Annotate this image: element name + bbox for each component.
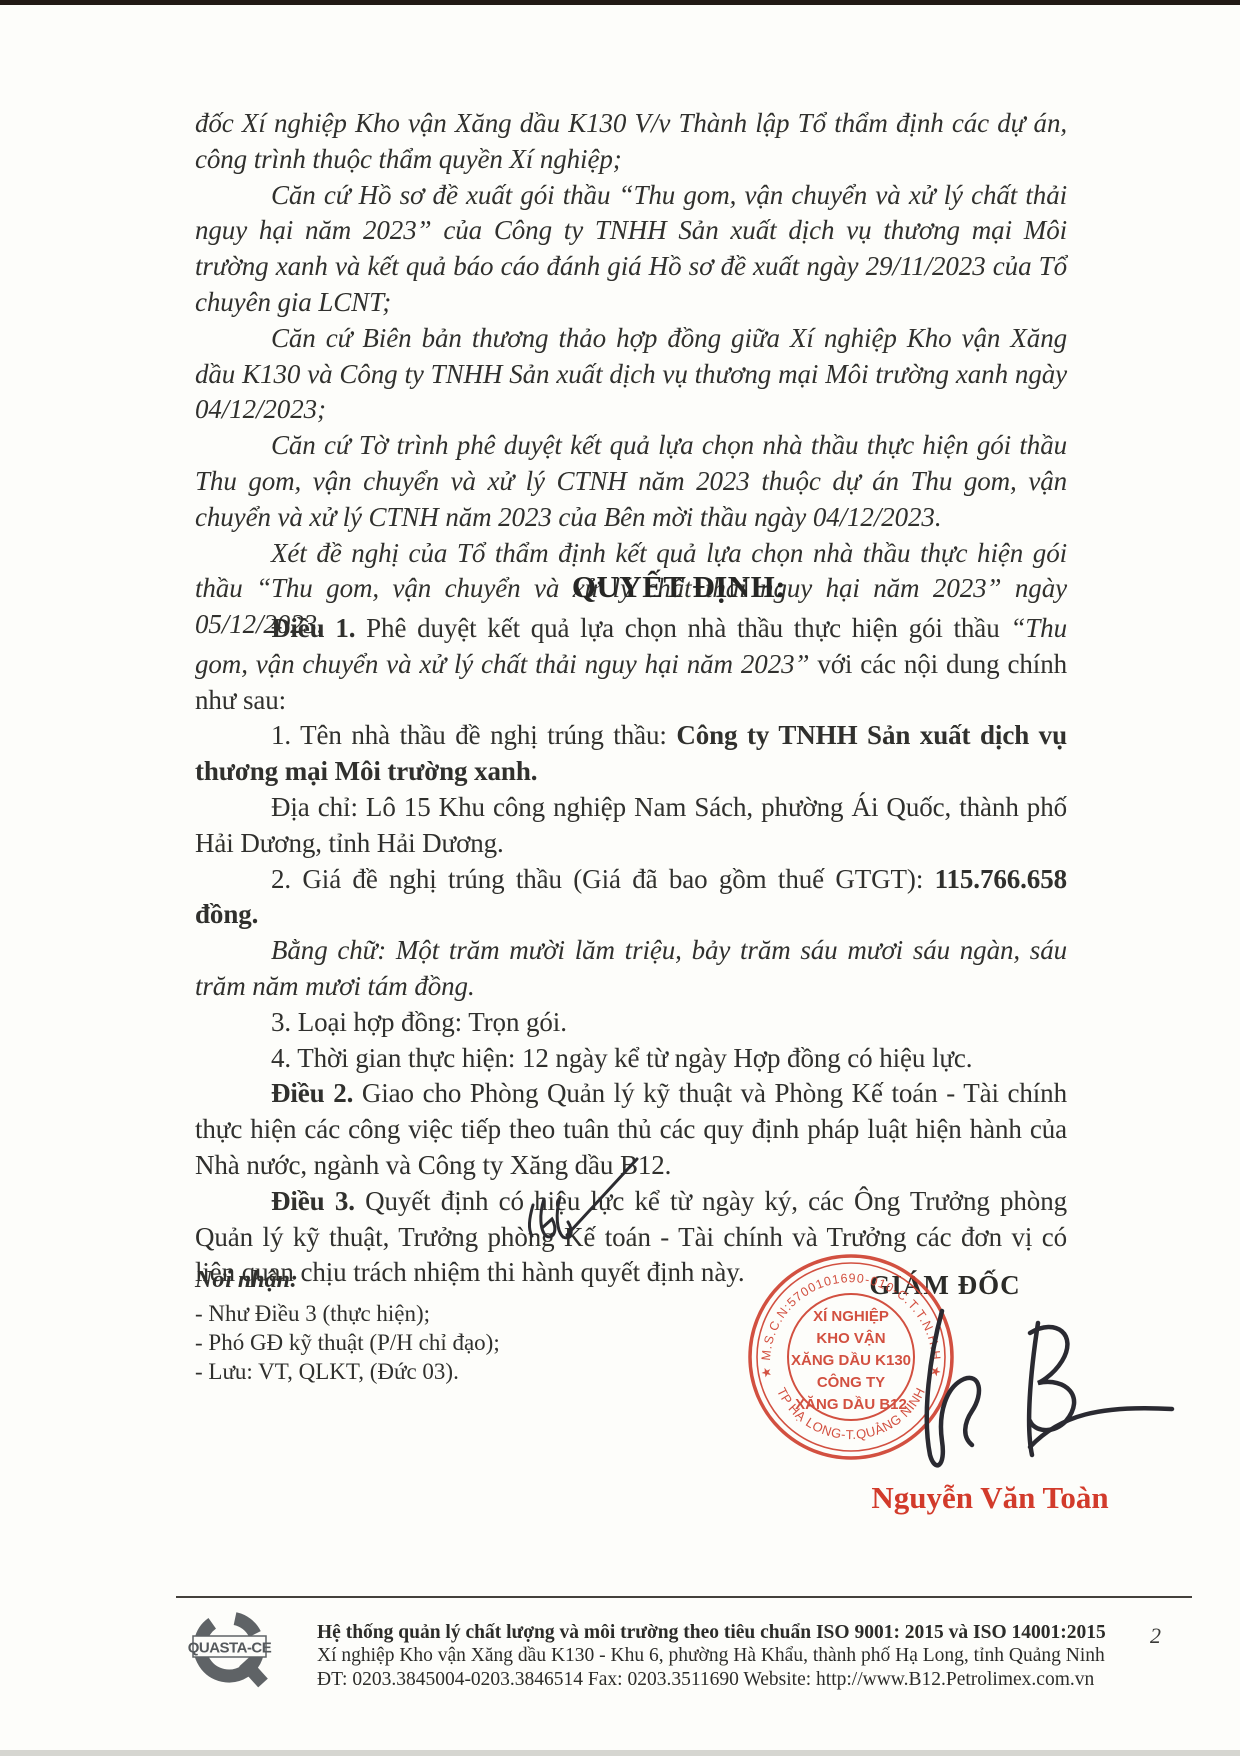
recipients-item: - Lưu: VT, QLKT, (Đức 03). xyxy=(195,1357,625,1386)
text-segment: Căn cứ Hồ sơ đề xuất gói thầu “Thu gom, … xyxy=(195,180,1067,317)
stamp-line-4: CÔNG TY xyxy=(817,1373,885,1391)
text-segment: đốc Xí nghiệp Kho vận Xăng dầu K130 V/v … xyxy=(195,108,1067,174)
text-segment: Điều 2. xyxy=(271,1078,353,1108)
paragraph: Bằng chữ: Một trăm mười lăm triệu, bảy t… xyxy=(195,933,1067,1005)
signer-name: Nguyễn Văn Toàn xyxy=(830,1480,1150,1516)
text-segment: 1. Tên nhà thầu đề nghị trúng thầu: xyxy=(271,720,676,750)
decision-heading: QUYẾT ĐỊNH: xyxy=(195,569,1067,605)
text-segment: Phê duyệt kết quả lựa chọn nhà thầu thực… xyxy=(355,613,1010,643)
recipients-title: Nơi nhận: xyxy=(195,1266,625,1295)
paragraph: Địa chỉ: Lô 15 Khu công nghiệp Nam Sách,… xyxy=(195,790,1067,862)
quasta-ce-logo-text: QUASTA-CE xyxy=(188,1640,272,1657)
paragraph: 4. Thời gian thực hiện: 12 ngày kể từ ng… xyxy=(195,1041,1067,1077)
paragraph: Điều 1. Phê duyệt kết quả lựa chọn nhà t… xyxy=(195,611,1067,718)
recipients-list: - Như Điều 3 (thực hiện);- Phó GĐ kỹ thu… xyxy=(195,1299,625,1386)
scan-edge-top xyxy=(0,0,1240,5)
footer-contact-line: ĐT: 0203.3845004-0203.3846514 Fax: 0203.… xyxy=(317,1668,1117,1691)
text-segment: Căn cứ Biên bản thương thảo hợp đồng giữ… xyxy=(195,323,1067,425)
document-page: đốc Xí nghiệp Kho vận Xăng dầu K130 V/v … xyxy=(0,0,1240,1756)
paragraph: Căn cứ Biên bản thương thảo hợp đồng giữ… xyxy=(195,321,1067,428)
text-segment: 3. Loại hợp đồng: Trọn gói. xyxy=(271,1007,567,1037)
footer-iso-line: Hệ thống quản lý chất lượng và môi trườn… xyxy=(317,1621,1117,1644)
page-number: 2 xyxy=(1150,1623,1161,1649)
footer-address-line: Xí nghiệp Kho vận Xăng dầu K130 - Khu 6,… xyxy=(317,1644,1117,1667)
paragraph: Căn cứ Hồ sơ đề xuất gói thầu “Thu gom, … xyxy=(195,178,1067,321)
stamp-line-2: KHO VẬN xyxy=(816,1329,885,1347)
text-segment: Bằng chữ: Một trăm mười lăm triệu, bảy t… xyxy=(195,935,1067,1001)
text-segment: Điều 3. xyxy=(271,1186,355,1216)
initials-paraph xyxy=(515,1133,645,1248)
recipients-item: - Như Điều 3 (thực hiện); xyxy=(195,1299,625,1328)
paragraph: 1. Tên nhà thầu đề nghị trúng thầu: Công… xyxy=(195,718,1067,790)
text-segment: Điều 1. xyxy=(271,613,355,643)
stamp-line-1: XÍ NGHIỆP xyxy=(813,1307,889,1325)
recipients-item: - Phó GĐ kỹ thuật (P/H chỉ đạo); xyxy=(195,1328,625,1357)
footer-divider xyxy=(176,1596,1192,1598)
paragraph: Căn cứ Tờ trình phê duyệt kết quả lựa ch… xyxy=(195,428,1067,535)
text-segment: Địa chỉ: Lô 15 Khu công nghiệp Nam Sách,… xyxy=(195,792,1067,858)
paragraph: đốc Xí nghiệp Kho vận Xăng dầu K130 V/v … xyxy=(195,106,1067,178)
recipients-block: Nơi nhận: - Như Điều 3 (thực hiện);- Phó… xyxy=(195,1266,625,1386)
director-handwritten-signature xyxy=(880,1295,1182,1507)
paragraph: 3. Loại hợp đồng: Trọn gói. xyxy=(195,1005,1067,1041)
preamble-block: đốc Xí nghiệp Kho vận Xăng dầu K130 V/v … xyxy=(195,106,1067,643)
text-segment: 4. Thời gian thực hiện: 12 ngày kể từ ng… xyxy=(271,1043,972,1073)
text-segment: Căn cứ Tờ trình phê duyệt kết quả lựa ch… xyxy=(195,430,1067,532)
footer-info-block: Hệ thống quản lý chất lượng và môi trườn… xyxy=(317,1621,1117,1691)
quasta-ce-logo: QUASTA-CE xyxy=(184,1609,276,1695)
scan-edge-bottom xyxy=(0,1750,1240,1756)
text-segment: 2. Giá đề nghị trúng thầu (Giá đã bao gồ… xyxy=(271,864,935,894)
paragraph: 2. Giá đề nghị trúng thầu (Giá đã bao gồ… xyxy=(195,862,1067,934)
